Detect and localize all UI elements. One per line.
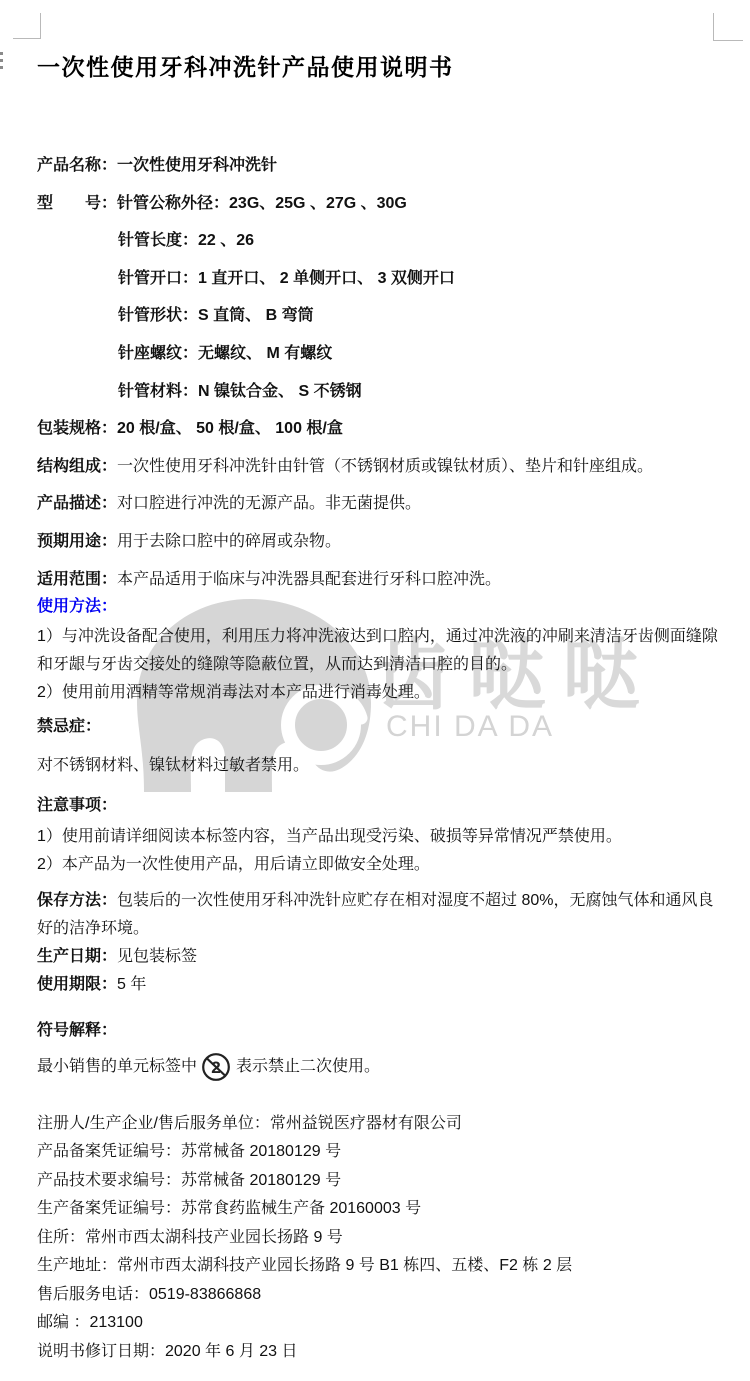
spec-line-tube-shape: 针管形状：S 直筒、 B 弯筒 [118,308,725,324]
field-label: 生产日期： [37,948,117,965]
field-value: 对口腔进行冲洗的无源产品。非无菌提供。 [117,495,421,512]
spec-line-tube-material: 针管材料：N 镍钛合金、 S 不锈钢 [118,384,725,400]
field-label: 使用期限： [37,976,117,993]
document-page: 齿哒哒 CHI DA DA 一次性使用牙科冲洗针产品使用说明书 产品名称：一次性… [0,0,750,1381]
field-value: 5 年 [117,976,146,993]
field-label: 包装规格： [37,420,117,437]
registration-line-tech-req-no: 产品技术要求编号：苏常械备 20180129 号 [37,1167,725,1196]
precautions-items: 1）使用前请详细阅读本标签内容，当产品出现受污染、破损等异常情况严禁使用。 2）… [37,823,725,879]
field-label: 预期用途： [37,533,117,550]
spec-line-hub-thread: 针座螺纹：无螺纹、 M 有螺纹 [118,346,725,362]
contraindication-body: 对不锈钢材料、镍钛材料过敏者禁用。 [37,758,725,774]
usage-method-heading: 使用方法： [37,599,725,615]
spec-line-tube-length: 针管长度：22 、26 [118,233,725,249]
spec-line-scope: 适用范围：本产品适用于临床与冲洗器具配套进行牙科口腔冲洗。 [37,572,725,588]
spec-line-product-name: 产品名称：一次性使用牙科冲洗针 [37,158,725,174]
storage-method: 保存方法：包装后的一次性使用牙科冲洗针应贮存在相对湿度不超过 80%，无腐蚀气体… [37,887,725,943]
field-label: 保存方法： [37,892,117,909]
margin-dots [0,52,4,73]
field-label: 产品描述： [37,495,117,512]
document-content: 一次性使用牙科冲洗针产品使用说明书 产品名称：一次性使用牙科冲洗针 型 号：针管… [37,52,725,1366]
crop-mark-top-right [713,13,743,41]
registration-block: 注册人/生产企业/售后服务单位：常州益锐医疗器材有限公司 产品备案凭证编号：苏常… [37,1110,725,1367]
field-label: 适用范围： [37,571,117,588]
registration-line-postcode: 邮编 ：213100 [37,1309,725,1338]
registration-line-production-address: 生产地址：常州市西太湖科技产业园长扬路 9 号 B1 栋四、五楼、F2 栋 2 … [37,1252,725,1281]
crop-mark-top-left [13,13,41,39]
symbol-line-prefix: 最小销售的单元标签中 [37,1052,197,1082]
spec-line-packaging: 包装规格：20 根/盒、 50 根/盒、 100 根/盒 [37,421,725,437]
field-label: 结构组成： [37,458,117,475]
symbol-explanation-line: 最小销售的单元标签中 2 表示禁止二次使用。 [37,1052,725,1082]
production-date: 生产日期：见包装标签 [37,943,725,971]
symbol-explanation-heading: 符号解释： [37,1023,725,1039]
doc-title: 一次性使用牙科冲洗针产品使用说明书 [37,52,725,82]
field-value: 20 根/盒、 50 根/盒、 100 根/盒 [117,420,343,437]
field-value: 一次性使用牙科冲洗针由针管（不锈钢材质或镍钛材质）、垫片和针座组成。 [117,458,653,475]
precaution-item: 1）使用前请详细阅读本标签内容，当产品出现受污染、破损等异常情况严禁使用。 [37,823,725,851]
registration-line-registrant: 注册人/生产企业/售后服务单位：常州益锐医疗器材有限公司 [37,1110,725,1139]
precautions-heading: 注意事项： [37,798,725,814]
registration-line-address: 住所：常州市西太湖科技产业园长扬路 9 号 [37,1224,725,1253]
field-label: 产品名称： [37,157,117,174]
usage-item: 1）与冲洗设备配合使用，利用压力将冲洗液达到口腔内，通过冲洗液的冲刷来清洁牙齿侧… [37,623,725,679]
registration-line-production-record-no: 生产备案凭证编号：苏常食药监械生产备 20160003 号 [37,1195,725,1224]
registration-line-service-phone: 售后服务电话：0519-83866868 [37,1281,725,1310]
usage-item: 2）使用前用酒精等常规消毒法对本产品进行消毒处理。 [37,679,725,707]
field-value: 用于去除口腔中的碎屑或杂物。 [117,533,341,550]
field-value: 包装后的一次性使用牙科冲洗针应贮存在相对湿度不超过 80%，无腐蚀气体和通风良好… [37,892,714,937]
spec-line-model: 型 号：针管公称外径：23G、25G 、27G 、30G [37,196,725,212]
registration-line-revision-date: 说明书修订日期：2020 年 6 月 23 日 [37,1338,725,1367]
spec-line-description: 产品描述：对口腔进行冲洗的无源产品。非无菌提供。 [37,496,725,512]
field-value: 见包装标签 [117,948,197,965]
field-value: 本产品适用于临床与冲洗器具配套进行牙科口腔冲洗。 [117,571,501,588]
field-value: 一次性使用牙科冲洗针 [117,157,277,174]
spec-line-structure: 结构组成：一次性使用牙科冲洗针由针管（不锈钢材质或镍钛材质）、垫片和针座组成。 [37,459,725,475]
precaution-item: 2）本产品为一次性使用产品，用后请立即做安全处理。 [37,851,725,879]
spec-line-tube-opening: 针管开口：1 直开口、 2 单侧开口、 3 双侧开口 [118,271,725,287]
do-not-reuse-icon: 2 [201,1052,231,1082]
registration-line-record-no: 产品备案凭证编号：苏常械备 20180129 号 [37,1138,725,1167]
symbol-line-suffix: 表示禁止二次使用。 [236,1052,380,1082]
spec-block: 产品名称：一次性使用牙科冲洗针 型 号：针管公称外径：23G、25G 、27G … [37,158,725,588]
usage-method-body: 1）与冲洗设备配合使用，利用压力将冲洗液达到口腔内，通过冲洗液的冲刷来清洁牙齿侧… [37,623,725,707]
shelf-life: 使用期限：5 年 [37,971,725,999]
spec-line-intended-use: 预期用途：用于去除口腔中的碎屑或杂物。 [37,534,725,550]
contraindication-heading: 禁忌症： [37,719,725,735]
field-label: 型 号： [37,195,117,212]
field-value: 针管公称外径：23G、25G 、27G 、30G [117,195,407,212]
